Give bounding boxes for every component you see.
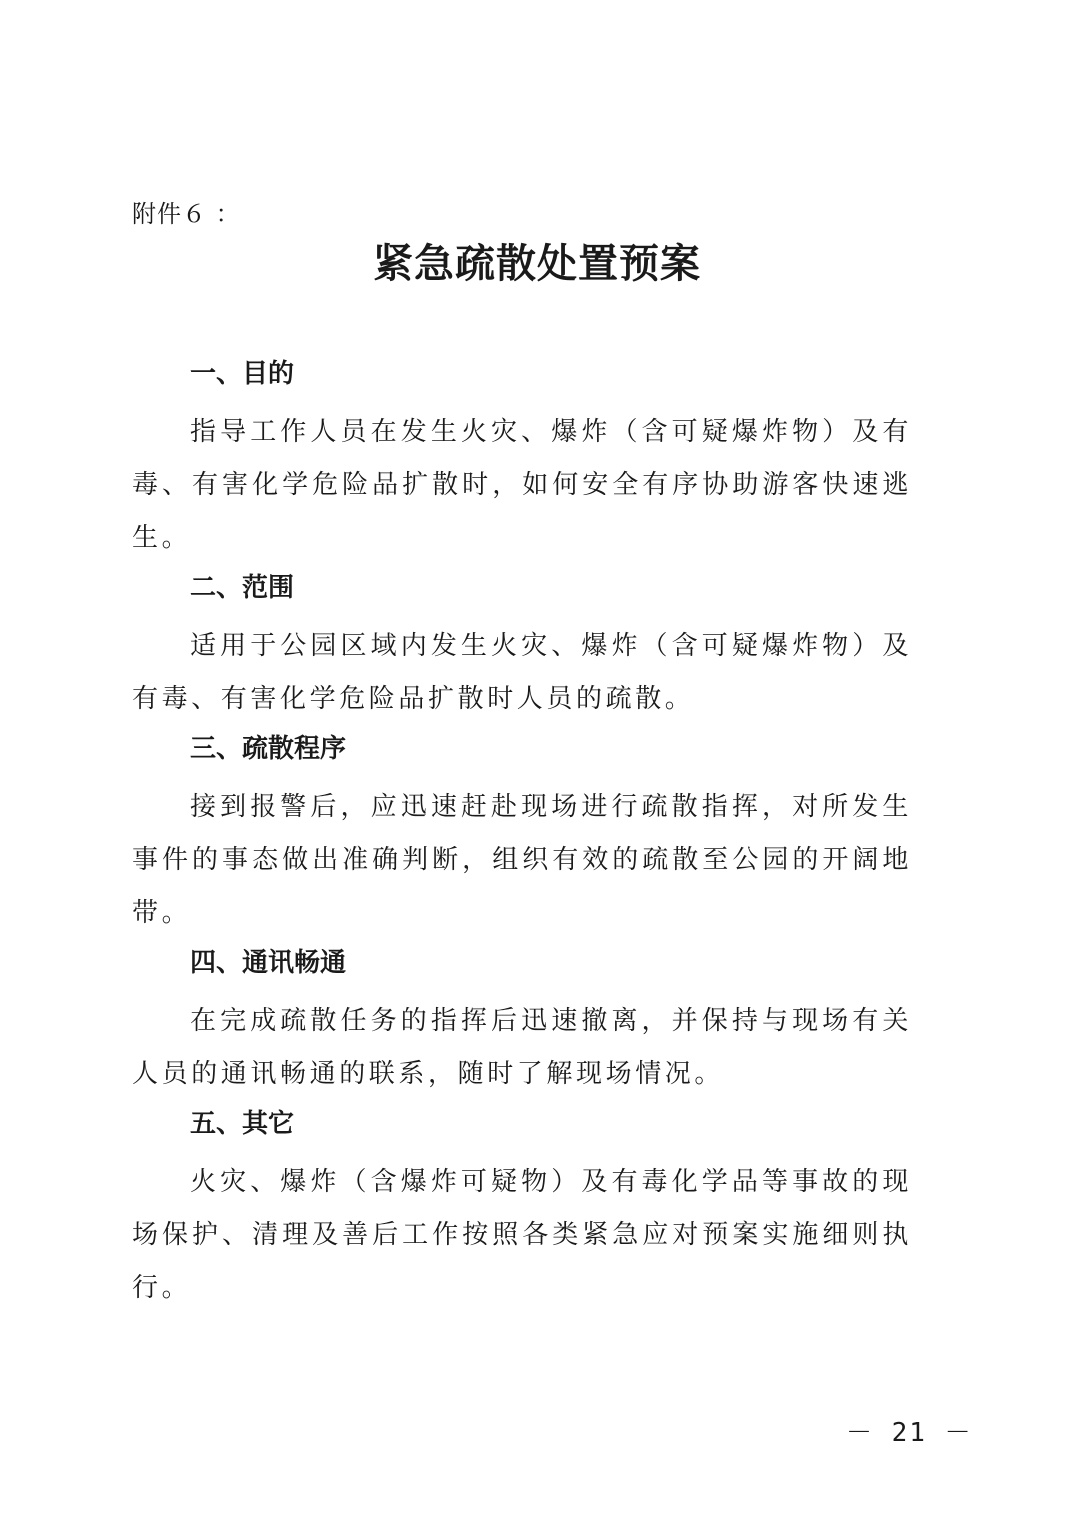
section-evacuation-procedure: 三、疏散程序 接到报警后，应迅速赶赴现场进行疏散指挥，对所发生事件的事态做出准确… bbox=[132, 727, 912, 940]
document-page: 附件６ ： 紧急疏散处置预案 一、目的 指导工作人员在发生火灾、爆炸（含可疑爆炸… bbox=[0, 0, 1074, 1520]
section-heading: 三、疏散程序 bbox=[132, 727, 912, 781]
section-heading: 五、其它 bbox=[132, 1102, 912, 1156]
section-paragraph: 在完成疏散任务的指挥后迅速撤离，并保持与现场有关人员的通讯畅通的联系，随时了解现… bbox=[132, 995, 912, 1101]
section-heading: 二、范围 bbox=[132, 566, 912, 620]
attachment-label: 附件６ ： bbox=[132, 198, 241, 230]
document-title: 紧急疏散处置预案 bbox=[0, 236, 1074, 292]
page-number: － 21 － bbox=[846, 1416, 973, 1450]
section-heading: 四、通讯畅通 bbox=[132, 941, 912, 995]
section-paragraph: 适用于公园区域内发生火灾、爆炸（含可疑爆炸物）及有毒、有害化学危险品扩散时人员的… bbox=[132, 620, 912, 726]
document-body: 一、目的 指导工作人员在发生火灾、爆炸（含可疑爆炸物）及有毒、有害化学危险品扩散… bbox=[132, 352, 912, 1316]
section-heading: 一、目的 bbox=[132, 352, 912, 406]
section-purpose: 一、目的 指导工作人员在发生火灾、爆炸（含可疑爆炸物）及有毒、有害化学危险品扩散… bbox=[132, 352, 912, 565]
section-paragraph: 火灾、爆炸（含爆炸可疑物）及有毒化学品等事故的现场保护、清理及善后工作按照各类紧… bbox=[132, 1156, 912, 1315]
section-paragraph: 接到报警后，应迅速赶赴现场进行疏散指挥，对所发生事件的事态做出准确判断，组织有效… bbox=[132, 781, 912, 940]
section-communication: 四、通讯畅通 在完成疏散任务的指挥后迅速撤离，并保持与现场有关人员的通讯畅通的联… bbox=[132, 941, 912, 1101]
section-other: 五、其它 火灾、爆炸（含爆炸可疑物）及有毒化学品等事故的现场保护、清理及善后工作… bbox=[132, 1102, 912, 1315]
section-paragraph: 指导工作人员在发生火灾、爆炸（含可疑爆炸物）及有毒、有害化学危险品扩散时，如何安… bbox=[132, 406, 912, 565]
section-scope: 二、范围 适用于公园区域内发生火灾、爆炸（含可疑爆炸物）及有毒、有害化学危险品扩… bbox=[132, 566, 912, 726]
